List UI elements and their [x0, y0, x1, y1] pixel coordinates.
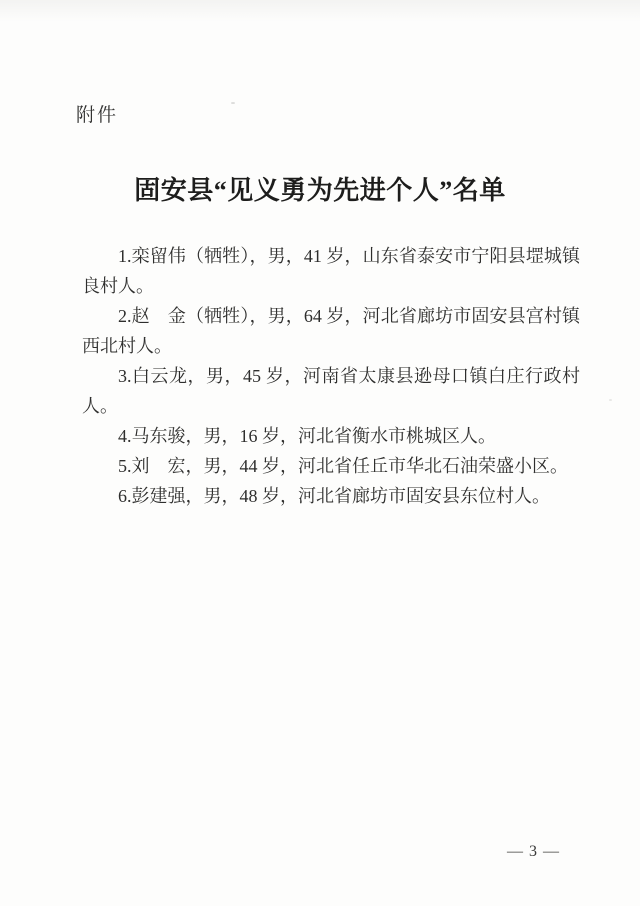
scanned-document-page: 附件 固安县“见义勇为先进个人”名单 1.栾留伟（牺牲），男，41 岁，山东省泰…: [0, 0, 640, 906]
list-item: 1.栾留伟（牺牲），男，41 岁，山东省泰安市宁阳县堽城镇良村人。: [82, 241, 580, 301]
list-item: 4.马东骏，男，16 岁，河北省衡水市桃城区人。: [82, 421, 580, 451]
document-title: 固安县“见义勇为先进个人”名单: [0, 170, 640, 207]
list-item: 6.彭建强，男，48 岁，河北省廊坊市固安县东位村人。: [82, 481, 580, 511]
document-body: 1.栾留伟（牺牲），男，41 岁，山东省泰安市宁阳县堽城镇良村人。 2.赵 金（…: [82, 241, 580, 511]
scan-artifact-top-streak: [0, 0, 640, 22]
list-item: 2.赵 金（牺牲），男，64 岁，河北省廊坊市固安县宫村镇西北村人。: [82, 301, 580, 361]
list-item: 3.白云龙，男，45 岁，河南省太康县逊母口镇白庄行政村人。: [82, 361, 580, 421]
scan-artifact-speck: [609, 399, 612, 401]
list-item: 5.刘 宏，男，44 岁，河北省任丘市华北石油荣盛小区。: [82, 451, 580, 481]
scan-artifact-speck: [231, 102, 235, 104]
page-number: — 3 —: [507, 843, 560, 861]
attachment-label: 附件: [76, 100, 118, 127]
